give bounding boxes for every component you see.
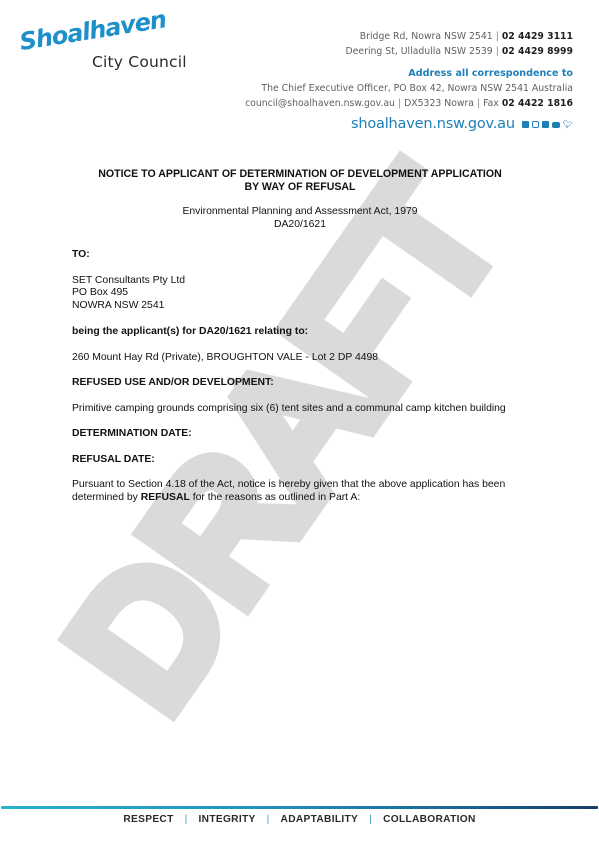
fax-label: Fax xyxy=(483,98,499,109)
act-reference: Environmental Planning and Assessment Ac… xyxy=(72,206,528,231)
recipient-po-box: PO Box 495 xyxy=(72,287,528,300)
office-ulladulla: Deering St, Ulladulla NSW 2539|02 4429 8… xyxy=(245,44,573,59)
office-phone[interactable]: 02 4429 3111 xyxy=(502,31,573,42)
separator: | xyxy=(493,46,502,57)
office-address: Deering St, Ulladulla NSW 2539 xyxy=(346,46,493,57)
separator: | xyxy=(395,98,404,109)
correspondence-heading: Address all correspondence to xyxy=(245,66,573,81)
logo-subtitle: City Council xyxy=(92,53,187,71)
applicant-heading: being the applicant(s) for DA20/1621 rel… xyxy=(72,326,528,339)
refused-use-description: Primitive camping grounds comprising six… xyxy=(72,403,528,416)
footer-divider xyxy=(1,806,598,809)
property-description: 260 Mount Hay Rd (Private), BROUGHTON VA… xyxy=(72,352,528,365)
determination-date-label: DETERMINATION DATE: xyxy=(72,428,528,441)
value-separator: | xyxy=(256,814,281,825)
office-address: Bridge Rd, Nowra NSW 2541 xyxy=(360,31,493,42)
email-link[interactable]: council@shoalhaven.nsw.gov.au xyxy=(245,98,395,109)
linkedin-icon[interactable] xyxy=(542,121,549,128)
notice-body: NOTICE TO APPLICANT OF DETERMINATION OF … xyxy=(72,168,528,504)
youtube-icon[interactable] xyxy=(552,122,560,128)
notice-title: NOTICE TO APPLICANT OF DETERMINATION OF … xyxy=(72,168,528,193)
twitter-icon[interactable]: 🐦︎ xyxy=(563,121,573,129)
value-adaptability: ADAPTABILITY xyxy=(281,814,359,825)
da-number: DA20/1621 xyxy=(72,219,528,232)
fax-number: 02 4422 1816 xyxy=(502,98,573,109)
pursuant-paragraph: Pursuant to Section 4.18 of the Act, not… xyxy=(72,479,528,504)
recipient-address: SET Consultants Pty Ltd PO Box 495 NOWRA… xyxy=(72,275,528,313)
office-nowra: Bridge Rd, Nowra NSW 2541|02 4429 3111 xyxy=(245,29,573,44)
recipient-locality: NOWRA NSW 2541 xyxy=(72,300,528,313)
refusal-emphasis: REFUSAL xyxy=(141,492,190,503)
facebook-icon[interactable] xyxy=(522,121,529,128)
value-respect: RESPECT xyxy=(123,814,173,825)
value-integrity: INTEGRITY xyxy=(199,814,256,825)
recipient-name: SET Consultants Pty Ltd xyxy=(72,275,528,288)
website-row: shoalhaven.nsw.gov.au 🐦︎ xyxy=(245,117,573,132)
social-icons: 🐦︎ xyxy=(522,121,573,129)
logo-brand-text: Shoalhaven xyxy=(18,5,168,56)
to-label: TO: xyxy=(72,249,528,262)
council-values: RESPECT|INTEGRITY|ADAPTABILITY|COLLABORA… xyxy=(0,814,599,825)
contact-block: Bridge Rd, Nowra NSW 2541|02 4429 3111 D… xyxy=(245,29,573,132)
instagram-icon[interactable] xyxy=(532,121,539,128)
value-collaboration: COLLABORATION xyxy=(383,814,476,825)
council-logo: Shoalhaven City Council xyxy=(22,28,192,78)
refusal-date-label: REFUSAL DATE: xyxy=(72,454,528,467)
separator: | xyxy=(493,31,502,42)
value-separator: | xyxy=(358,814,383,825)
separator: | xyxy=(474,98,483,109)
notice-title-line2: BY WAY OF REFUSAL xyxy=(72,181,528,194)
notice-title-line1: NOTICE TO APPLICANT OF DETERMINATION OF … xyxy=(72,168,528,181)
office-phone[interactable]: 02 4429 8999 xyxy=(502,46,573,57)
website-link[interactable]: shoalhaven.nsw.gov.au xyxy=(351,117,515,132)
contact-details: council@shoalhaven.nsw.gov.au|DX5323 Now… xyxy=(245,96,573,111)
act-name: Environmental Planning and Assessment Ac… xyxy=(72,206,528,219)
dx-number: DX5323 Nowra xyxy=(404,98,474,109)
refused-use-heading: REFUSED USE AND/OR DEVELOPMENT: xyxy=(72,377,528,390)
correspondence-address: The Chief Executive Officer, PO Box 42, … xyxy=(245,81,573,96)
value-separator: | xyxy=(174,814,199,825)
